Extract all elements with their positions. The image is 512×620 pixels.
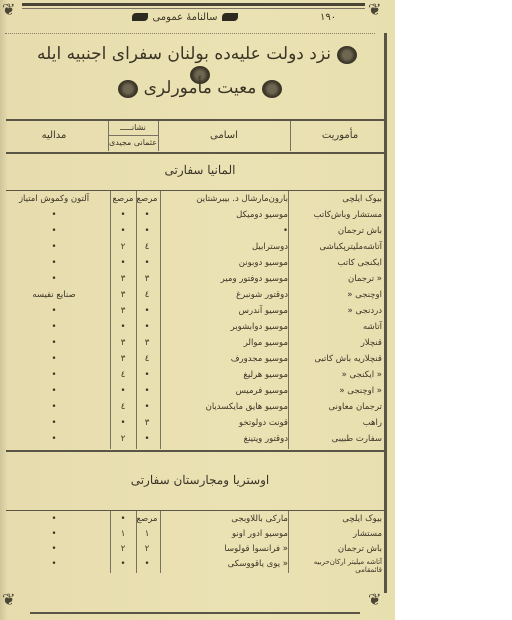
fleuron-icon — [262, 80, 282, 98]
cell-name: « فرانسوا قولوسا — [160, 543, 292, 556]
section-rule — [6, 190, 386, 191]
cell-medal: • — [0, 321, 108, 334]
cell-medal: • — [0, 513, 108, 526]
header-nishan-top: نشانـــــ — [108, 121, 158, 135]
cell-nishan-2: ٤ — [112, 369, 134, 382]
cell-medal: • — [0, 273, 108, 286]
cell-nishan-2: • — [112, 257, 134, 270]
table-header-bottom-rule — [6, 152, 386, 154]
cell-nishan-2: ٤ — [112, 401, 134, 414]
cell-nishan-1: • — [136, 305, 158, 318]
cell-nishan-1: مرصع — [136, 513, 158, 526]
cell-medal: • — [0, 369, 108, 382]
cell-nishan-1: • — [136, 321, 158, 334]
cell-role: سفارت طبیبی — [290, 433, 382, 446]
fleuron-icon — [118, 80, 138, 98]
cell-nishan-2: ١ — [112, 528, 134, 541]
cell-name: دوقتور ویتینغ — [160, 433, 292, 446]
cell-nishan-2: • — [112, 209, 134, 222]
table-row: ایکنجی کاتبموسیو دوبونن••• — [0, 257, 390, 270]
cell-role: بیوک ایلچی — [290, 513, 382, 526]
cell-nishan-1: • — [136, 385, 158, 398]
cell-nishan-1: • — [136, 401, 158, 414]
cell-nishan-1: • — [136, 369, 158, 382]
cell-medal: • — [0, 353, 108, 366]
cell-nishan-2: مرصع — [112, 193, 134, 206]
cell-nishan-2: ٣ — [112, 289, 134, 302]
header-divider — [290, 121, 291, 151]
section-rule — [6, 510, 386, 511]
cell-nishan-1: ٢ — [136, 543, 158, 556]
cell-nishan-1: ٣ — [136, 273, 158, 286]
cell-nishan-2: ٢ — [112, 241, 134, 254]
header-nishan: نشانـــــ عثمانی مجیدی — [108, 121, 158, 151]
cell-role: باش ترجمان — [290, 225, 382, 238]
cell-nishan-1: • — [136, 433, 158, 446]
cell-role: باش ترجمان — [290, 543, 382, 556]
cell-medal: • — [0, 305, 108, 318]
cell-nishan-1: • — [136, 225, 158, 238]
cell-name: موسیو فرمیس — [160, 385, 292, 398]
cell-name: • — [160, 225, 292, 238]
section-title-austria-hungary: اوستریا ومجارستان سفارتی — [30, 473, 370, 487]
cell-medal: • — [0, 337, 108, 350]
corner-ornament-icon: ❦ — [2, 592, 15, 608]
cell-medal: • — [0, 528, 108, 541]
table-row: سفارت طبیبیدوقتور ویتینغ•٢• — [0, 433, 390, 446]
heading-line-1-text: نزد دولت علیه‌ده بولنان سفرای اجنبیه ایل… — [37, 44, 331, 64]
cell-name: « یوی یاقووسکی — [160, 558, 292, 571]
cell-nishan-2: ٢ — [112, 543, 134, 556]
section-title-germany: المانیا سفارتی — [30, 163, 370, 177]
document-page: ❦ ❦ ❦ ❦ سالنامهٔ عمومی ١٩٠ نزد دولت علیه… — [0, 0, 395, 620]
cell-nishan-2: • — [112, 558, 134, 571]
cell-medal: صنایع نفیسه — [0, 289, 108, 302]
cell-nishan-2: • — [112, 225, 134, 238]
cell-role: « اوچنجی « — [290, 385, 382, 398]
corner-ornament-icon: ❦ — [368, 2, 381, 18]
cell-role: راهب — [290, 417, 382, 430]
cell-nishan-1: ١ — [136, 528, 158, 541]
cell-name: موسیو هرلیغ — [160, 369, 292, 382]
cell-name: مارکی باللاوبجی — [160, 513, 292, 526]
table-row: مستشارموسیو ادور اونو١١• — [0, 528, 390, 541]
cell-nishan-1: مرصع — [136, 193, 158, 206]
ornament-icon — [132, 13, 148, 21]
corner-ornament-icon: ❦ — [368, 592, 381, 608]
cell-role: آتاشه‌ملیترپکباشی — [290, 241, 382, 254]
top-border-rule — [22, 3, 365, 6]
cell-role: اوچنجی « — [290, 289, 382, 302]
cell-role: مستشار وباش‌کاتب — [290, 209, 382, 222]
cell-name: موسیو هایق مایکسدیان — [160, 401, 292, 414]
header-divider — [108, 121, 109, 151]
cell-name: بارون‌مارشال د. بیبرشتاین — [160, 193, 292, 206]
cell-medal: • — [0, 558, 108, 571]
table-row: دردنجی «موسیو آندرس•٣• — [0, 305, 390, 318]
header-role: مأموریت — [290, 121, 390, 151]
corner-ornament-icon: ❦ — [2, 2, 15, 18]
table-row: آتاشه‌ملیترپکباشیدوسترابیل٤٢• — [0, 241, 390, 254]
cell-nishan-2: • — [112, 321, 134, 334]
fleuron-icon — [337, 46, 357, 64]
header-nishan-bottom: عثمانی مجیدی — [108, 135, 158, 150]
cell-medal: • — [0, 209, 108, 222]
cell-nishan-1: • — [136, 257, 158, 270]
table-row: ترجمان معاونیموسیو هایق مایکسدیان•٤• — [0, 401, 390, 414]
cell-nishan-2: • — [112, 385, 134, 398]
cell-role: « ایکنجی « — [290, 369, 382, 382]
cell-nishan-2: • — [112, 417, 134, 430]
cell-medal: • — [0, 385, 108, 398]
table-row: قنچلاریه باش کاتبیموسیو مجدورف٤٣• — [0, 353, 390, 366]
cell-name: موسیو دومیکل — [160, 209, 292, 222]
table-row: اوچنجی «دوقتور شونبرغ٤٣صنایع نفیسه — [0, 289, 390, 302]
cell-name: قونت دولوتخو — [160, 417, 292, 430]
cell-name: موسیو مجدورف — [160, 353, 292, 366]
cell-role: قنچلار — [290, 337, 382, 350]
table-row: باش ترجمان« فرانسوا قولوسا٢٢• — [0, 543, 390, 556]
table-row: راهبقونت دولوتخو٣•• — [0, 417, 390, 430]
running-head-title: سالنامهٔ عمومی — [152, 12, 217, 23]
table-row: بیوک ایلچیبارون‌مارشال د. بیبرشتاینمرصعم… — [0, 193, 390, 206]
cell-name: موسیو ادور اونو — [160, 528, 292, 541]
table-row: « ایکنجی «موسیو هرلیغ•٤• — [0, 369, 390, 382]
running-head: سالنامهٔ عمومی — [110, 12, 260, 23]
cell-role: دردنجی « — [290, 305, 382, 318]
cell-nishan-1: ٤ — [136, 353, 158, 366]
cell-medal: • — [0, 225, 108, 238]
cell-nishan-1: ٣ — [136, 337, 158, 350]
cell-role: ترجمان معاونی — [290, 401, 382, 414]
cell-role: ایکنجی کاتب — [290, 257, 382, 270]
table-row: قنچلارموسیو موالر٣٣• — [0, 337, 390, 350]
table-row: مستشار وباش‌کاتبموسیو دومیکل••• — [0, 209, 390, 222]
heading-line-2-text: معیت مأمورلری — [144, 78, 257, 98]
cell-name: موسیو دوبونن — [160, 257, 292, 270]
header-names: اسامی — [158, 121, 290, 151]
cell-role: « ترجمان — [290, 273, 382, 286]
cell-role: آتاشه میلیتر ارکان‌حربیه قائمقامی — [290, 558, 382, 574]
cell-medal: • — [0, 241, 108, 254]
header-divider — [158, 121, 159, 151]
table-row: باش ترجمان•••• — [0, 225, 390, 238]
cell-name: دوسترابیل — [160, 241, 292, 254]
cell-medal: • — [0, 433, 108, 446]
page-number: ١٩٠ — [320, 12, 336, 23]
bottom-border-rule — [30, 612, 360, 614]
cell-medal: • — [0, 401, 108, 414]
table-row: آتاشه میلیتر ارکان‌حربیه قائمقامی« یوی ی… — [0, 558, 390, 574]
section-end-rule — [6, 450, 386, 452]
cell-name: دوقتور شونبرغ — [160, 289, 292, 302]
cell-nishan-2: ٣ — [112, 273, 134, 286]
heading-line-2: معیت مأمورلری — [30, 78, 370, 98]
top-border-thin-rule — [22, 8, 365, 9]
cell-nishan-2: ٣ — [112, 305, 134, 318]
cell-medal: آلتون وکموش امتیاز — [0, 193, 108, 206]
cell-nishan-1: • — [136, 209, 158, 222]
table-row: « اوچنجی «موسیو فرمیس••• — [0, 385, 390, 398]
cell-nishan-1: ٤ — [136, 289, 158, 302]
table-row: « ترجمانموسیو دوفتور ومیر٣٣• — [0, 273, 390, 286]
cell-nishan-1: ٤ — [136, 241, 158, 254]
cell-role: مستشار — [290, 528, 382, 541]
cell-nishan-2: • — [112, 513, 134, 526]
cell-nishan-2: ٣ — [112, 337, 134, 350]
cell-name: موسیو دوابشوبر — [160, 321, 292, 334]
cell-name: موسیو موالر — [160, 337, 292, 350]
cell-medal: • — [0, 257, 108, 270]
cell-nishan-1: • — [136, 558, 158, 571]
header-medals: مدالیه — [0, 121, 108, 151]
cell-nishan-2: ٣ — [112, 353, 134, 366]
cell-role: آتاشه — [290, 321, 382, 334]
cell-nishan-1: ٣ — [136, 417, 158, 430]
cell-medal: • — [0, 417, 108, 430]
table-row: آتاشهموسیو دوابشوبر••• — [0, 321, 390, 334]
dotted-rule — [5, 33, 375, 34]
table-row: بیوک ایلچیمارکی باللاوبجیمرصع•• — [0, 513, 390, 526]
cell-role: بیوک ایلچی — [290, 193, 382, 206]
cell-name: موسیو آندرس — [160, 305, 292, 318]
cell-name: موسیو دوفتور ومیر — [160, 273, 292, 286]
ornament-icon — [222, 13, 238, 21]
cell-nishan-2: ٢ — [112, 433, 134, 446]
cell-medal: • — [0, 543, 108, 556]
cell-role: قنچلاریه باش کاتبی — [290, 353, 382, 366]
